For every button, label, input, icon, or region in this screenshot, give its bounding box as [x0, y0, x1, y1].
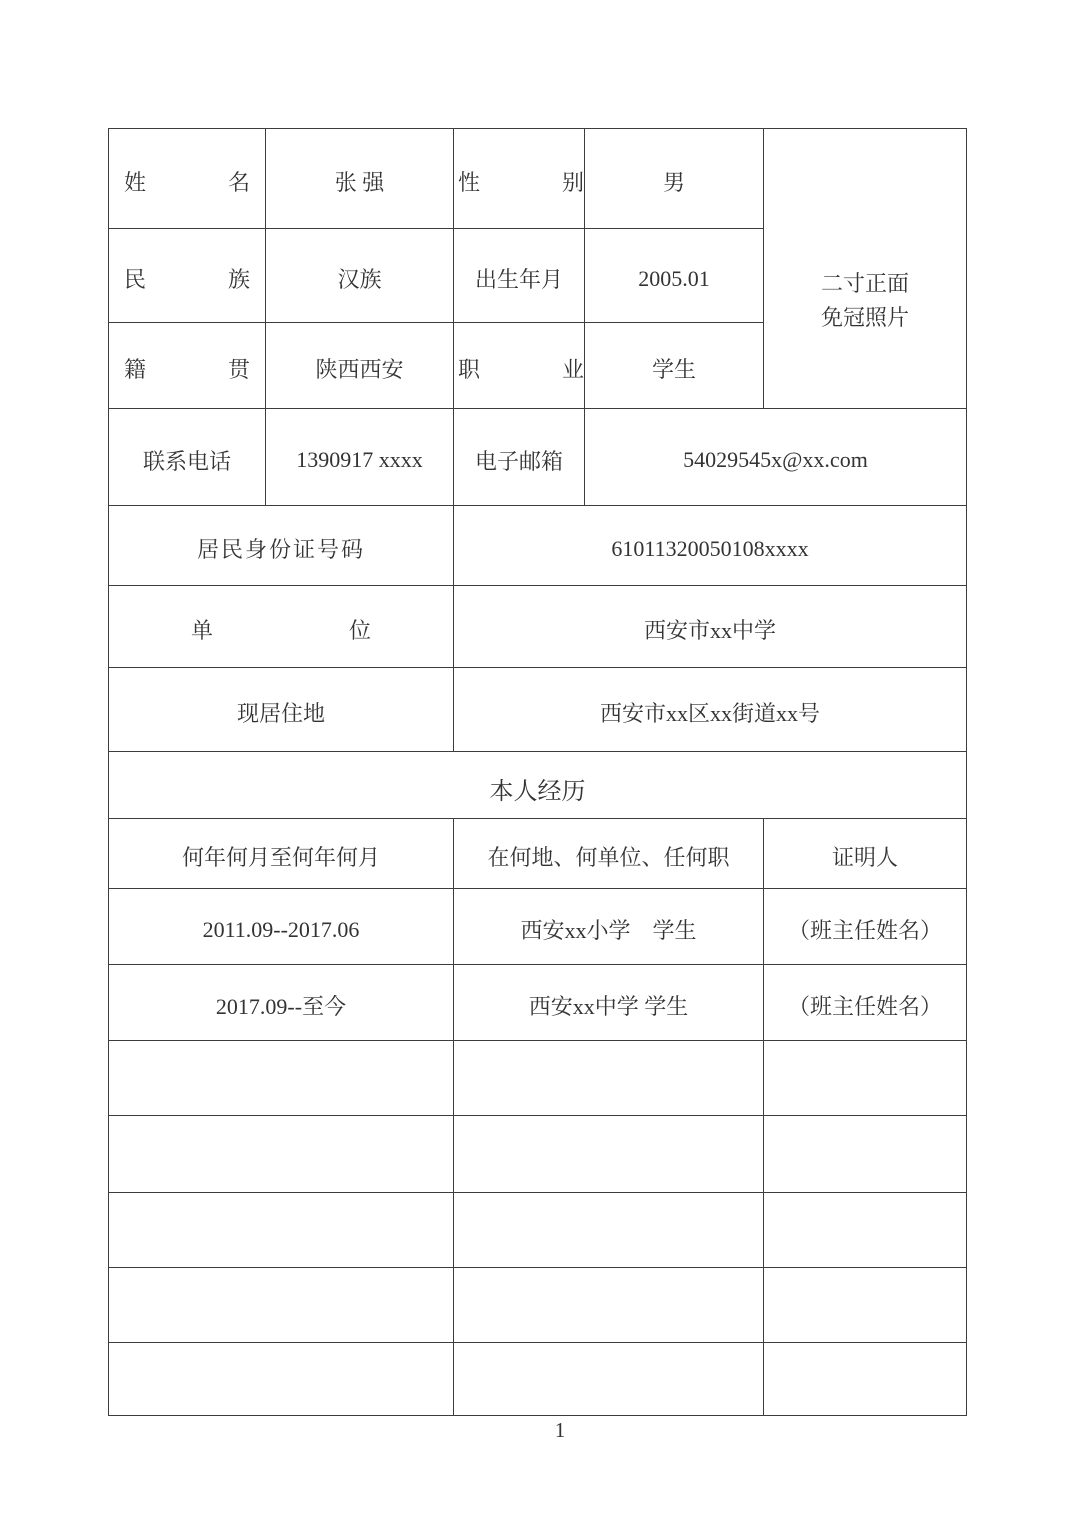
experience-row [109, 1343, 967, 1416]
ethnicity-value: 汉族 [266, 229, 454, 323]
experience-period-cell [109, 1193, 454, 1268]
row-experience-title: 本人经历 [109, 752, 967, 819]
experience-section-title: 本人经历 [109, 752, 967, 819]
experience-place-cell [454, 1041, 764, 1116]
phone-value: 1390917 xxxx [266, 409, 454, 506]
residence-label: 现居住地 [109, 668, 454, 752]
name-value: 张 强 [266, 129, 454, 229]
experience-certifier-cell [764, 1193, 967, 1268]
residence-value: 西安市xx区xx街道xx号 [454, 668, 967, 752]
experience-period-cell [109, 1041, 454, 1116]
experience-period-cell: 2017.09--至今 [109, 965, 454, 1041]
experience-header-period: 何年何月至何年何月 [109, 819, 454, 889]
experience-header-certifier: 证明人 [764, 819, 967, 889]
experience-period-cell [109, 1116, 454, 1193]
native-place-label: 籍贯 [124, 353, 250, 384]
photo-placeholder: 二寸正面 免冠照片 [764, 129, 967, 409]
row-name-gender: 姓名 张 强 性别 男 二寸正面 免冠照片 [109, 129, 967, 229]
experience-place-cell [454, 1343, 764, 1416]
form-page: 姓名 张 强 性别 男 二寸正面 免冠照片 民族 汉族 出生年月 2005.01… [0, 0, 1080, 1530]
native-place-value: 陕西西安 [266, 323, 454, 409]
experience-place-cell: 西安xx中学 学生 [454, 965, 764, 1041]
experience-place-cell [454, 1193, 764, 1268]
name-label: 姓名 [124, 166, 250, 197]
gender-label-cell: 性别 [454, 129, 585, 229]
name-label-cell: 姓名 [109, 129, 266, 229]
experience-header-row: 何年何月至何年何月 在何地、何单位、任何职 证明人 [109, 819, 967, 889]
experience-row [109, 1116, 967, 1193]
experience-period-cell [109, 1268, 454, 1343]
occupation-label: 职业 [458, 353, 584, 384]
ethnicity-label: 民族 [124, 263, 250, 294]
experience-certifier-cell: （班主任姓名） [764, 889, 967, 965]
experience-certifier-cell [764, 1116, 967, 1193]
page-number: 1 [0, 1418, 1080, 1443]
employer-value: 西安市xx中学 [454, 586, 967, 668]
experience-header-place: 在何地、何单位、任何职 [454, 819, 764, 889]
employer-label: 单位 [191, 614, 371, 645]
experience-row: 2017.09--至今 西安xx中学 学生 （班主任姓名） [109, 965, 967, 1041]
row-id-number: 居民身份证号码 61011320050108xxxx [109, 506, 967, 586]
experience-certifier-cell: （班主任姓名） [764, 965, 967, 1041]
experience-place-cell: 西安xx小学 学生 [454, 889, 764, 965]
experience-row [109, 1041, 967, 1116]
birth-label: 出生年月 [454, 229, 585, 323]
employer-label-cell: 单位 [109, 586, 454, 668]
email-value: 54029545x@xx.com [585, 409, 967, 506]
email-label: 电子邮箱 [454, 409, 585, 506]
experience-period-cell: 2011.09--2017.06 [109, 889, 454, 965]
row-employer: 单位 西安市xx中学 [109, 586, 967, 668]
gender-label: 性别 [458, 166, 584, 197]
experience-period-cell [109, 1343, 454, 1416]
experience-place-cell [454, 1116, 764, 1193]
experience-place-cell [454, 1268, 764, 1343]
id-number-label: 居民身份证号码 [109, 506, 454, 586]
photo-placeholder-line1: 二寸正面 [768, 267, 962, 301]
experience-row [109, 1268, 967, 1343]
experience-certifier-cell [764, 1343, 967, 1416]
id-number-value: 61011320050108xxxx [454, 506, 967, 586]
ethnicity-label-cell: 民族 [109, 229, 266, 323]
experience-row [109, 1193, 967, 1268]
phone-label: 联系电话 [109, 409, 266, 506]
gender-value: 男 [585, 129, 764, 229]
row-phone-email: 联系电话 1390917 xxxx 电子邮箱 54029545x@xx.com [109, 409, 967, 506]
experience-certifier-cell [764, 1268, 967, 1343]
occupation-value: 学生 [585, 323, 764, 409]
photo-placeholder-line2: 免冠照片 [768, 301, 962, 335]
personal-info-form: 姓名 张 强 性别 男 二寸正面 免冠照片 民族 汉族 出生年月 2005.01… [108, 128, 967, 1416]
occupation-label-cell: 职业 [454, 323, 585, 409]
native-place-label-cell: 籍贯 [109, 323, 266, 409]
row-residence: 现居住地 西安市xx区xx街道xx号 [109, 668, 967, 752]
birth-value: 2005.01 [585, 229, 764, 323]
experience-certifier-cell [764, 1041, 967, 1116]
experience-row: 2011.09--2017.06 西安xx小学 学生 （班主任姓名） [109, 889, 967, 965]
